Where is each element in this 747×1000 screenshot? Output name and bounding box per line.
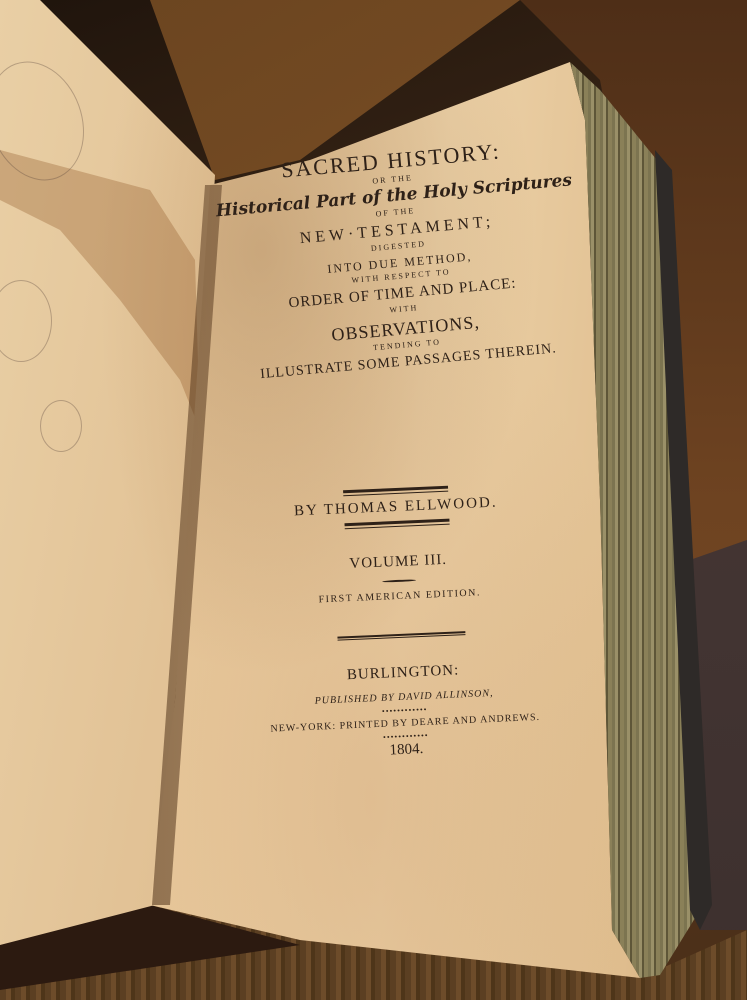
rule-divider xyxy=(344,519,449,530)
author-line: BY THOMAS ELLWOOD. xyxy=(216,492,576,523)
ornament-dash xyxy=(382,579,416,582)
volume-line: VOLUME III. xyxy=(218,547,578,578)
book-photo: SACRED HISTORY: OR THE Historical Part o… xyxy=(0,0,747,1000)
imprint-block: BY THOMAS ELLWOOD. VOLUME III. FIRST AME… xyxy=(215,480,586,765)
title-block: SACRED HISTORY: OR THE Historical Part o… xyxy=(206,134,594,385)
edition-line: FIRST AMERICAN EDITION. xyxy=(220,584,580,610)
place-line: BURLINGTON: xyxy=(223,658,583,689)
rule-divider xyxy=(337,631,465,641)
pencil-scribble xyxy=(40,400,82,452)
